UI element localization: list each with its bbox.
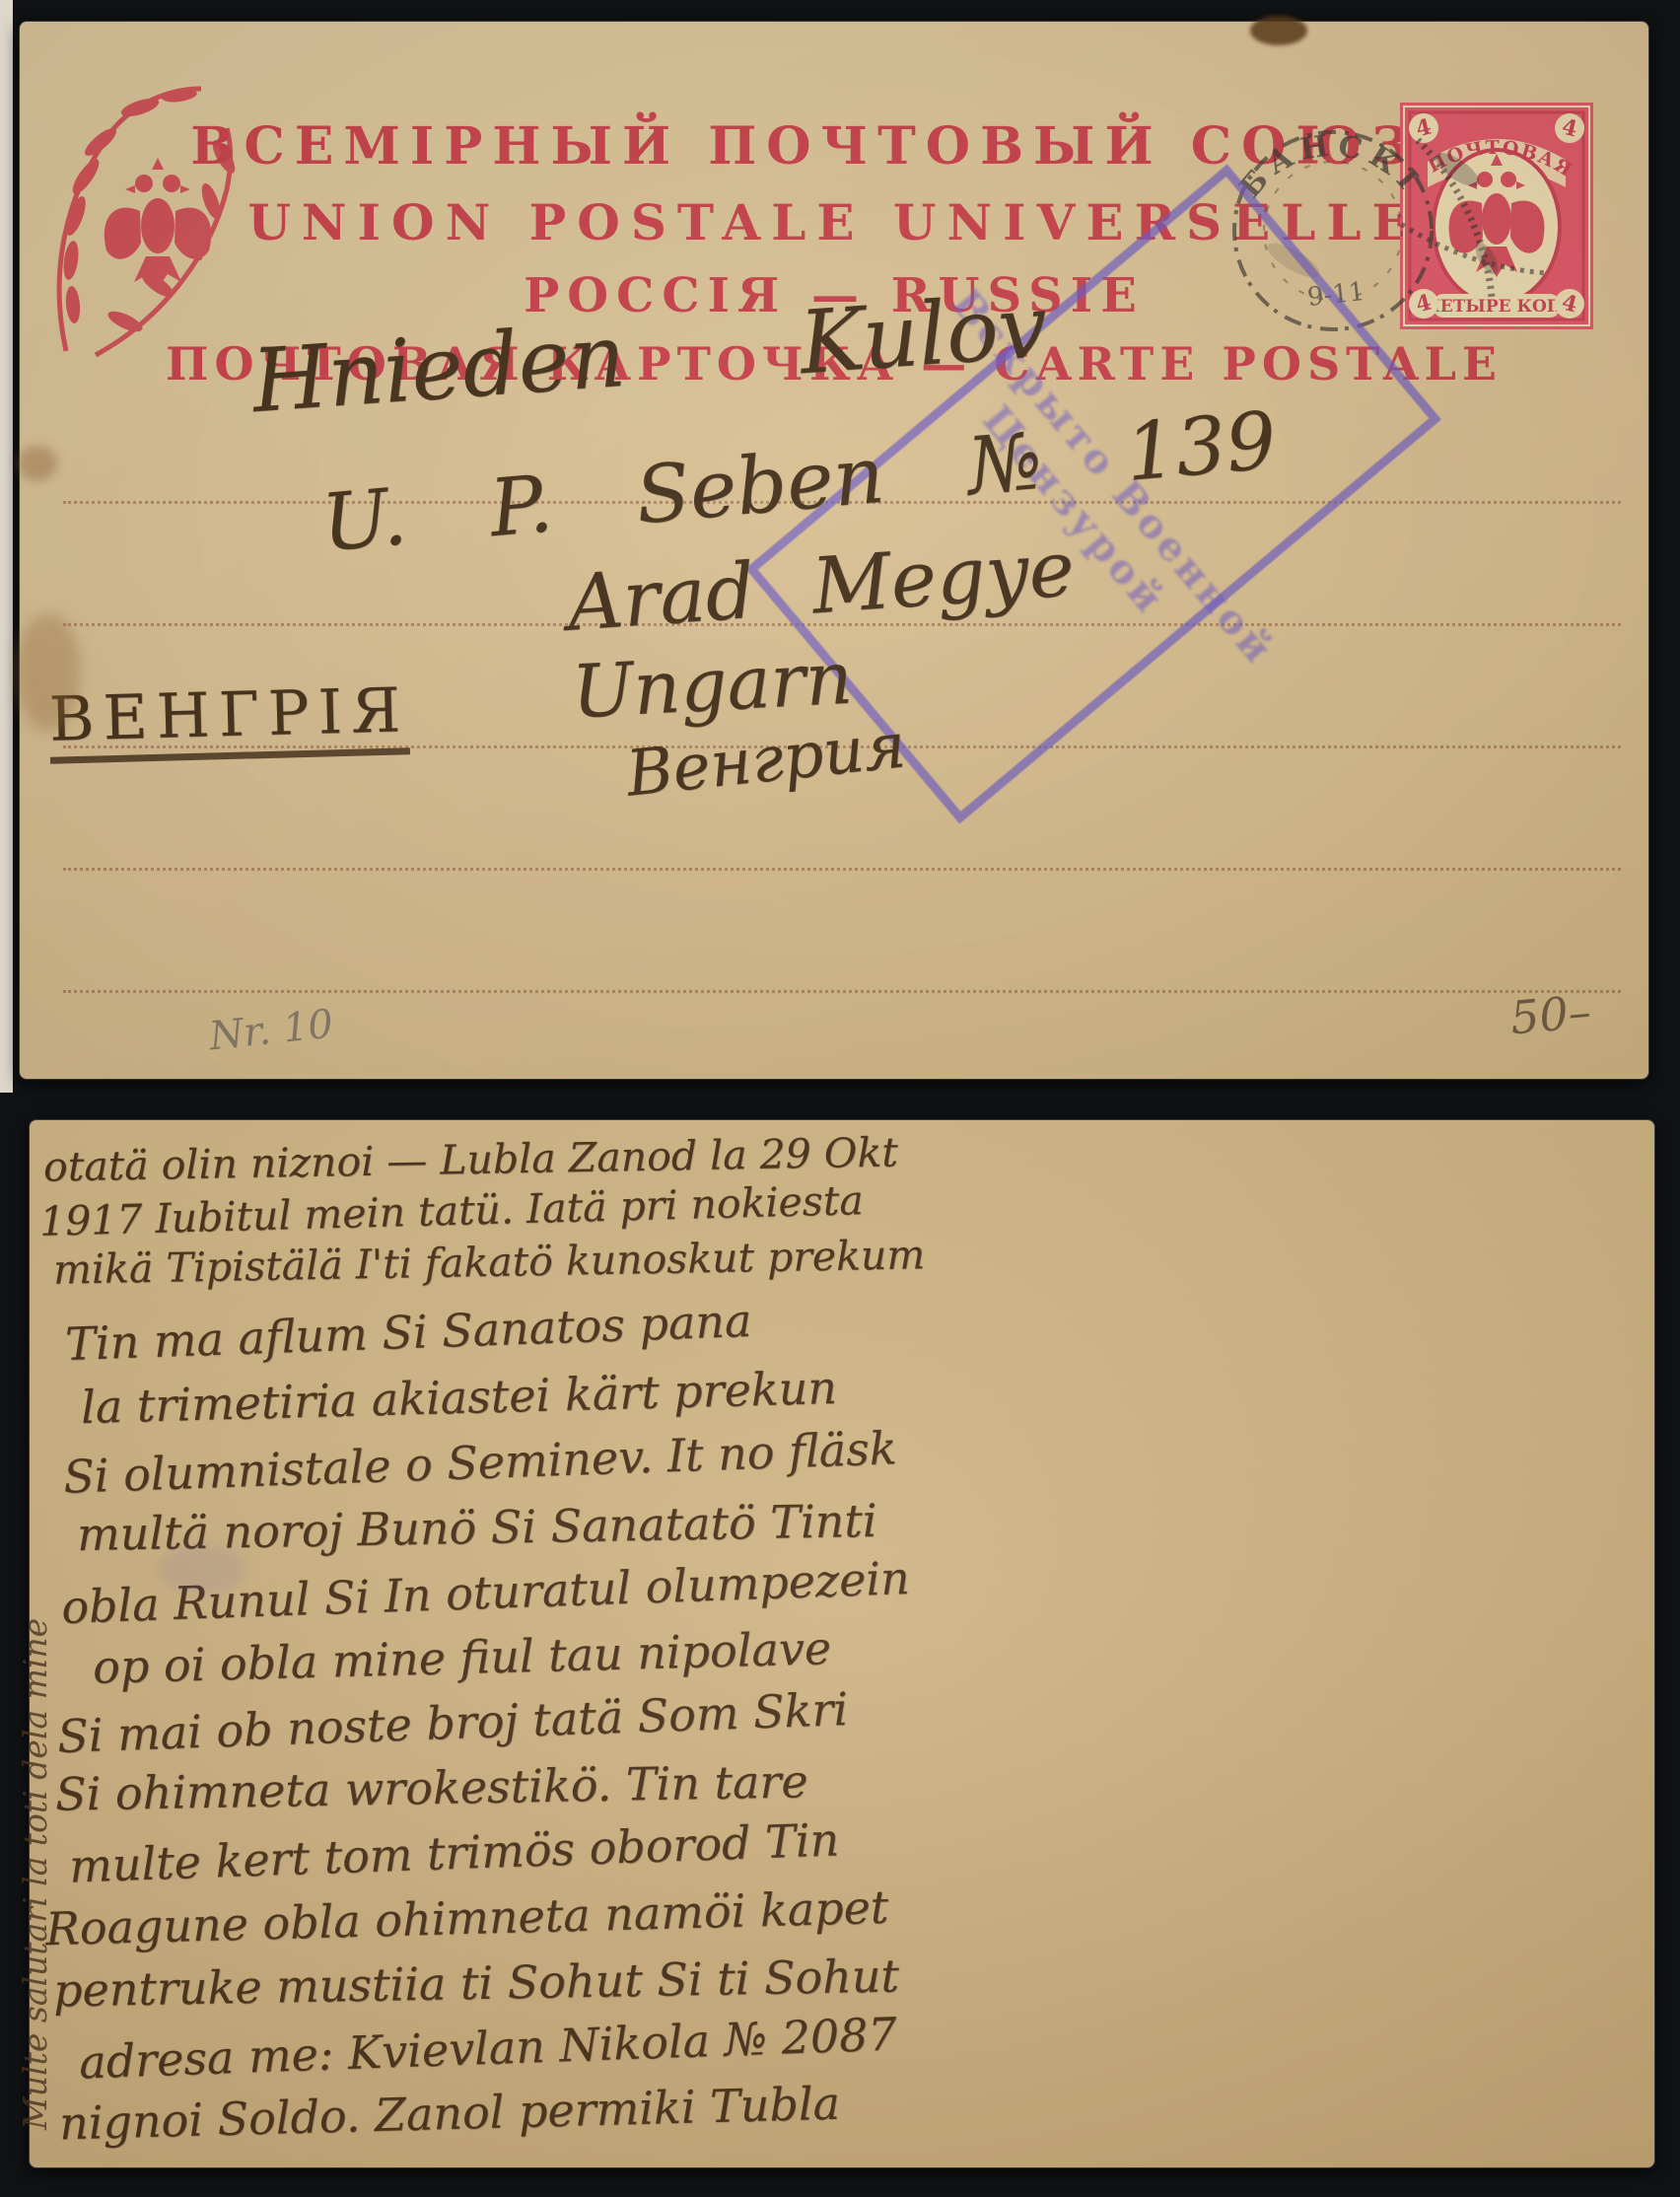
postcard-front: ВСЕМІРНЫЙ ПОЧТОВЫЙ СОЮЗЪ UNION POSTALE U… xyxy=(20,22,1648,1079)
scanned-postcard-page: ВСЕМІРНЫЙ ПОЧТОВЫЙ СОЮЗЪ UNION POSTALE U… xyxy=(0,0,1680,2197)
address-rule xyxy=(63,990,1621,993)
message-line: pentruke mustiia ti Sohut Si ti Sohut xyxy=(53,1949,900,2018)
message-line: Tin ma aflum Si Sanatos pana xyxy=(64,1294,752,1371)
message-line: Si olumnistale o Seminev. It no fläsk xyxy=(62,1421,897,1503)
message-line: obla Runul Si In oturatul olumpezein xyxy=(60,1551,910,1634)
pencil-price-mark: 50– xyxy=(1508,985,1593,1045)
paper-stain xyxy=(18,446,57,481)
postcard-back: otatä olin niznoi — Lubla Zanod la 29 Ok… xyxy=(30,1120,1654,2167)
address-rule xyxy=(63,868,1621,871)
message-line: la trimetiria akiastei kärt prekun xyxy=(80,1361,837,1434)
message-line: multe kert tom trimös oborod Tin xyxy=(68,1812,840,1892)
message-line: op oi obla mine fiul tau nipolave xyxy=(92,1621,831,1694)
ink-stain xyxy=(1250,16,1307,45)
scanner-edge-strip xyxy=(0,0,13,1093)
margin-note-vertical: Multe salutari la toti dela mine xyxy=(16,1618,54,2130)
message-line: Roagune obla ohimneta namöi kapet xyxy=(44,1880,889,1955)
message-line: Si ohimneta wrokestikö. Tin tare xyxy=(55,1754,808,1820)
pencil-catalogue-number: Nr. 10 xyxy=(207,1002,335,1060)
message-line: nignoi Soldo. Zanol permiki Tubla xyxy=(58,2077,840,2151)
message-line: multä noroj Bunö Si Sanatatö Tinti xyxy=(77,1494,877,1561)
country-note-underlined: ВЕНГРІЯ xyxy=(48,673,410,764)
message-line: Si mai ob noste broj tatä Som Skri xyxy=(56,1682,849,1763)
message-line: adresa me: Kvievlan Nikola № 2087 xyxy=(78,2008,897,2090)
